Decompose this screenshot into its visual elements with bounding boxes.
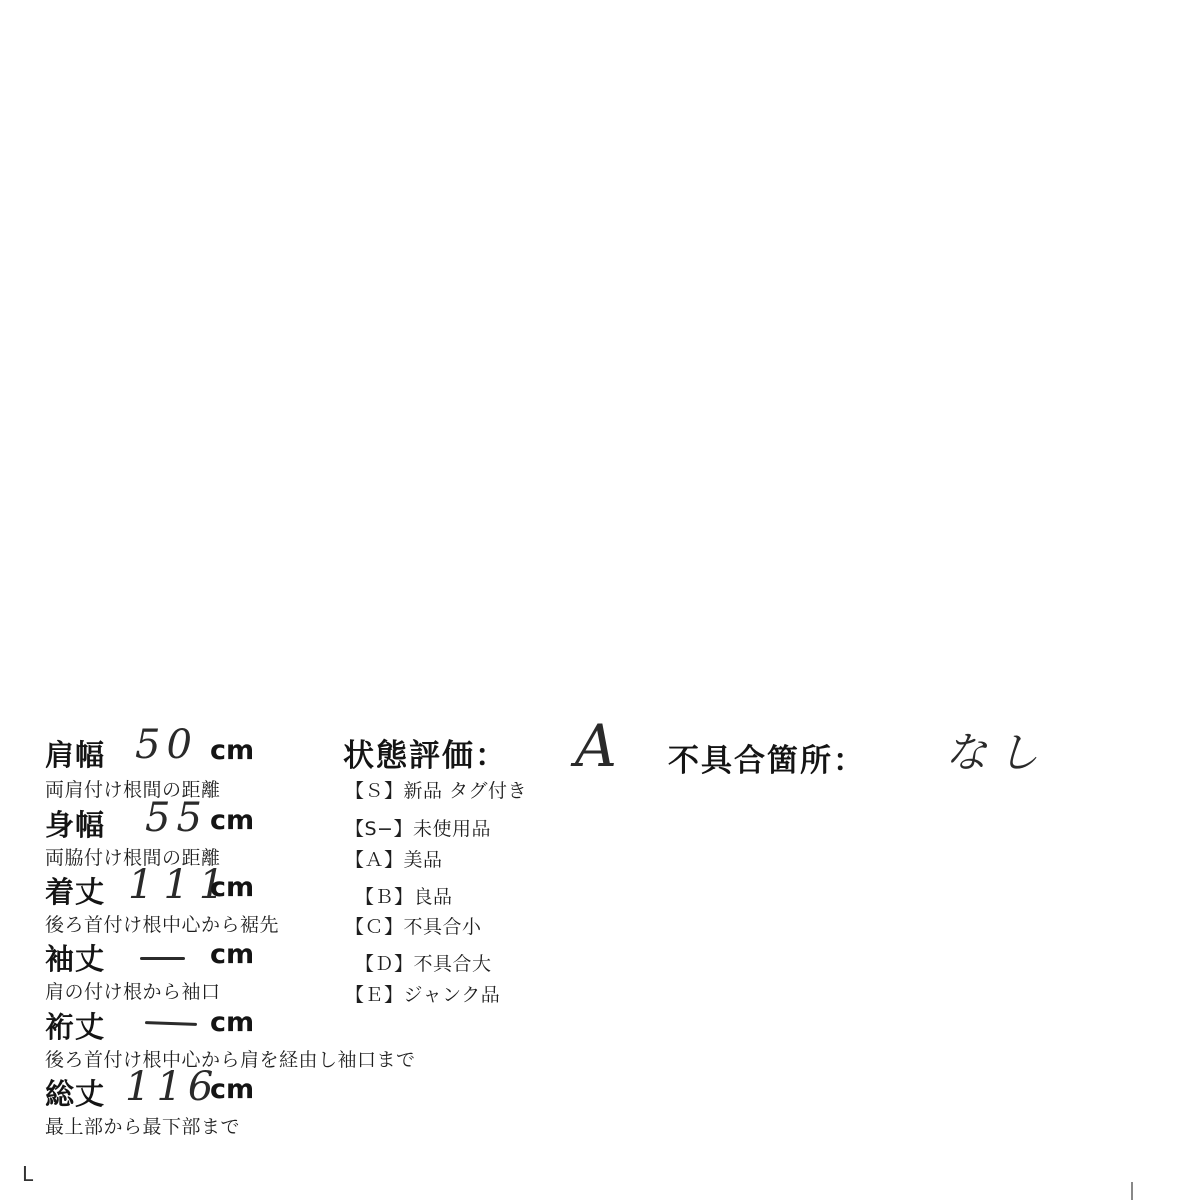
measurement-label-total-length: 総丈	[45, 1072, 105, 1113]
measurement-label-length: 着丈	[45, 870, 105, 911]
measurement-description: 後ろ首付け根中心から肩を経由し袖口まで	[45, 1045, 416, 1072]
crop-mark	[1131, 1182, 1133, 1200]
condition-heading: 状態評価：	[343, 730, 508, 775]
grade-item: 【S−】未使用品	[345, 814, 491, 841]
grade-text: 不具合大	[414, 953, 492, 975]
measurement-description: 肩の付け根から袖口	[45, 977, 221, 1004]
grade-text: ジャンク品	[404, 984, 501, 1006]
grade-text: 不具合小	[404, 916, 482, 938]
defects-value: なし	[945, 720, 1049, 780]
grade-text: 新品 タグ付き	[404, 780, 528, 802]
measurement-label-body-width: 身幅	[45, 803, 105, 844]
grade-item: 【Ｂ】良品	[355, 882, 453, 909]
grade-text: 未使用品	[413, 818, 491, 840]
grade-item: 【Ａ】美品	[345, 845, 443, 872]
measurement-value-sleeve-length-dash	[140, 957, 185, 960]
corner-mark: L	[22, 1162, 33, 1186]
measurement-label-yuki-length: 裄丈	[45, 1005, 105, 1046]
grade-code: 【Ｅ】	[345, 984, 404, 1006]
measurement-unit: cm	[210, 939, 254, 970]
grade-text: 美品	[404, 849, 443, 871]
measurement-value-shoulder-width: 50	[135, 722, 198, 768]
grade-code: 【S−】	[345, 818, 413, 840]
measurement-value-body-width: 55	[145, 795, 208, 841]
measurement-label-sleeve-length: 袖丈	[45, 937, 105, 978]
grade-code: 【Ｃ】	[345, 916, 404, 938]
measurement-unit: cm	[210, 872, 254, 903]
measurement-unit: cm	[210, 1074, 254, 1105]
measurement-description: 後ろ首付け根中心から裾先	[45, 910, 279, 937]
measurement-unit: cm	[210, 805, 254, 836]
grade-code: 【Ｓ】	[345, 780, 404, 802]
measurement-value-total-length: 116	[125, 1064, 219, 1110]
grade-text: 良品	[414, 886, 453, 908]
condition-value: A	[575, 712, 623, 780]
grade-item: 【Ｃ】不具合小	[345, 912, 482, 939]
grade-code: 【Ｂ】	[355, 886, 414, 908]
measurement-label-shoulder-width: 肩幅	[45, 733, 105, 774]
grade-code: 【Ｄ】	[355, 953, 414, 975]
measurement-unit: cm	[210, 1007, 254, 1038]
grade-code: 【Ａ】	[345, 849, 404, 871]
grade-item: 【Ｓ】新品 タグ付き	[345, 776, 527, 803]
grade-item: 【Ｅ】ジャンク品	[345, 980, 500, 1007]
defects-heading: 不具合箇所：	[668, 735, 866, 780]
measurement-unit: cm	[210, 735, 254, 766]
measurement-value-yuki-length-dash	[145, 1021, 197, 1026]
measurement-description: 最上部から最下部まで	[45, 1112, 240, 1139]
grade-item: 【Ｄ】不具合大	[355, 949, 492, 976]
